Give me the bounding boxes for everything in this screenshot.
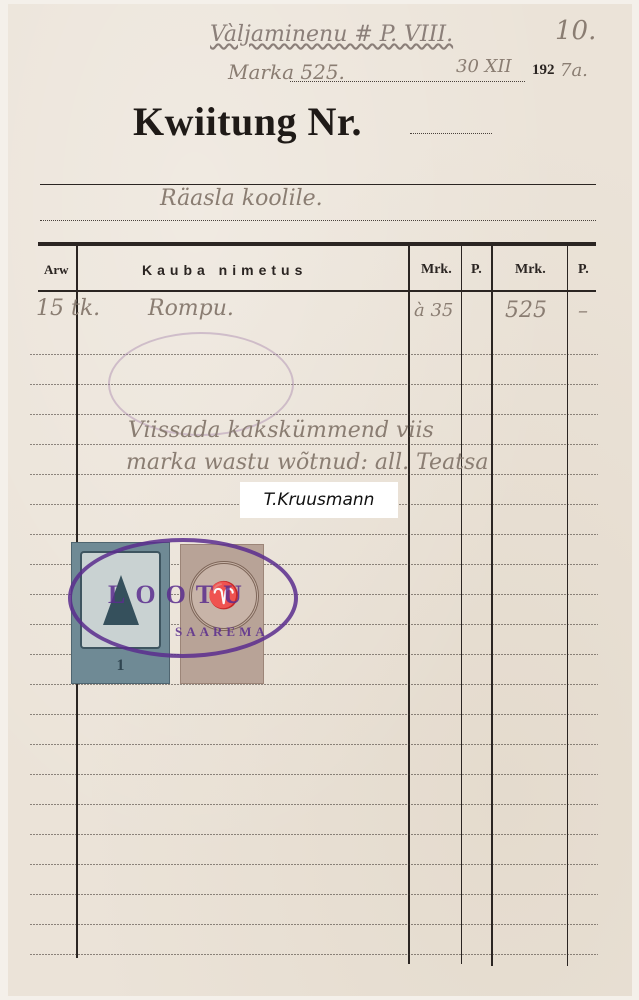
row-1-unit-price-mrk: à 35	[414, 300, 453, 321]
table-top-rule	[38, 242, 596, 246]
column-header-arw: Arw	[44, 262, 69, 278]
cancellation-text-center: LOOTU	[108, 580, 252, 610]
recipient-name: Räasla koolile.	[160, 186, 323, 211]
column-header-kauba-nimetus: Kauba nimetus	[142, 262, 307, 278]
signature-label: T.Kruusmann	[240, 482, 398, 518]
stamp-value: 1	[72, 657, 169, 675]
signature-name: T.Kruusmann	[264, 490, 375, 510]
table-header-bottom-rule	[38, 290, 596, 292]
receipt-number-line	[410, 133, 492, 134]
recipient-top-line	[40, 184, 596, 185]
cancellation-text-bottom: SAAREMA	[175, 624, 269, 640]
column-header-p-unit: P.	[471, 262, 482, 278]
printed-year: 192	[532, 62, 555, 79]
row-1-quantity: 15 tk.	[36, 296, 100, 321]
handwritten-number: 10.	[555, 16, 596, 46]
row-1-item-name: Rompu.	[148, 296, 234, 321]
recipient-line	[40, 220, 596, 221]
handwritten-date: 30 XII	[456, 56, 512, 77]
handwritten-reference: Vàljaminenu # P. VIII.	[210, 22, 453, 47]
date-line	[290, 81, 525, 82]
column-header-mrk-unit: Mrk.	[421, 262, 452, 278]
row-1-total-mrk: 525	[505, 298, 547, 323]
handwritten-year-suffix: 7a.	[560, 60, 588, 81]
amount-in-words-line-2: marka wastu wõtnud: all. Teatsa	[126, 450, 488, 475]
receipt-title: Kwiitung Nr.	[133, 98, 362, 145]
column-header-mrk-total: Mrk.	[515, 262, 546, 278]
amount-in-words-line-1: Viissada kakskümmend viis	[128, 418, 434, 443]
column-header-p-total: P.	[578, 262, 589, 278]
row-1-total-p: –	[578, 298, 588, 322]
